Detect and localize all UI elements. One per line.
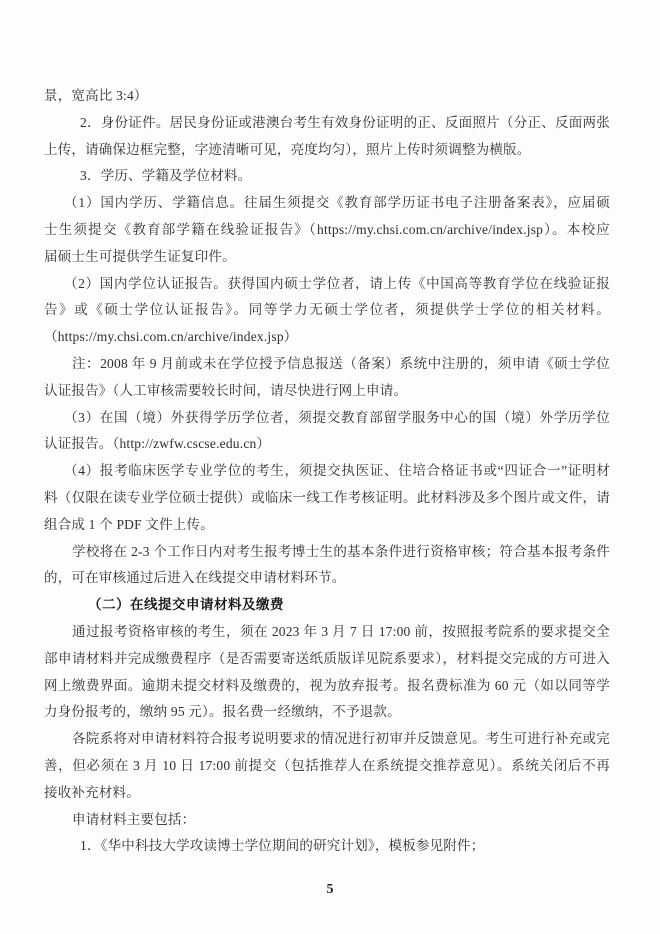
text-line: 力身份报考的，缴纳 95 元）。报名费一经缴纳，不予退款。	[44, 699, 610, 726]
text-line: 各院系将对申请材料符合报考说明要求的情况进行初审并反馈意见。考生可进行补充或完	[44, 726, 610, 753]
text-line: 的，可在审核通过后进入在线提交申请材料环节。	[44, 565, 610, 592]
text-line: 认证报告》（人工审核需要较长时间，请尽快进行网上申请。	[44, 378, 610, 405]
text-line: （1）国内学历、学籍信息。往届生须提交《教育部学历证书电子注册备案表》，应届硕	[44, 190, 610, 217]
text-line: 士生须提交《教育部学籍在线验证报告》（https://my.chsi.com.c…	[44, 217, 610, 244]
page-number: 5	[0, 882, 660, 898]
text-line: 料（仅限在读专业学位硕士提供）或临床一线工作考核证明。此材料涉及多个图片或文件，…	[44, 485, 610, 512]
text-line: 申请材料主要包括：	[44, 807, 610, 834]
text-line: 组合成 1 个 PDF 文件上传。	[44, 512, 610, 539]
document-body: 景，宽高比 3:4）2．身份证件。居民身份证或港澳台考生有效身份证明的正、反面照…	[44, 83, 610, 860]
text-line: 认证报告。（http://zwfw.cscse.edu.cn）	[44, 431, 610, 458]
text-line: 通过报考资格审核的考生，须在 2023 年 3 月 7 日 17:00 前，按照…	[44, 619, 610, 646]
text-line: 善，但必须在 3 月 10 日 17:00 前提交（包括推荐人在系统提交推荐意见…	[44, 753, 610, 780]
text-line: 上传，请确保边框完整，字迹清晰可见，亮度均匀），照片上传时须调整为横版。	[44, 137, 610, 164]
text-line: 届硕士生可提供学生证复印件。	[44, 244, 610, 271]
text-line: 部申请材料并完成缴费程序（是否需要寄送纸质版详见院系要求），材料提交完成的方可进…	[44, 646, 610, 673]
text-line: 景，宽高比 3:4）	[44, 83, 610, 110]
text-line: 学校将在 2-3 个工作日内对考生报考博士生的基本条件进行资格审核；符合基本报考…	[44, 539, 610, 566]
text-line: （4）报考临床医学专业学位的考生，须提交执医证、住培合格证书或“四证合一”证明材	[44, 458, 610, 485]
text-line: 注：2008 年 9 月前或未在学位授予信息报送（备案）系统中注册的，须申请《硕…	[44, 351, 610, 378]
text-line: 网上缴费界面。逾期未提交材料及缴费的，视为放弃报考。报名费标准为 60 元（如以…	[44, 673, 610, 700]
text-line: 接收补充材料。	[44, 780, 610, 807]
text-line: 2．身份证件。居民身份证或港澳台考生有效身份证明的正、反面照片（分正、反面两张	[44, 110, 610, 137]
text-line: 1．《华中科技大学攻读博士学位期间的研究计划》，模板参见附件；	[44, 833, 610, 860]
text-line: （2）国内学位认证报告。获得国内硕士学位者，请上传《中国高等教育学位在线验证报	[44, 271, 610, 298]
section-heading: （二）在线提交申请材料及缴费	[44, 592, 610, 619]
text-line: 告》或《硕士学位认证报告》。同等学力无硕士学位者，须提供学士学位的相关材料。	[44, 297, 610, 324]
text-line: 3．学历、学籍及学位材料。	[44, 163, 610, 190]
text-line: （3）在国（境）外获得学历学位者，须提交教育部留学服务中心的国（境）外学历学位	[44, 405, 610, 432]
text-line: （https://my.chsi.com.cn/archive/index.js…	[44, 324, 610, 351]
document-page: 景，宽高比 3:4）2．身份证件。居民身份证或港澳台考生有效身份证明的正、反面照…	[0, 0, 660, 934]
